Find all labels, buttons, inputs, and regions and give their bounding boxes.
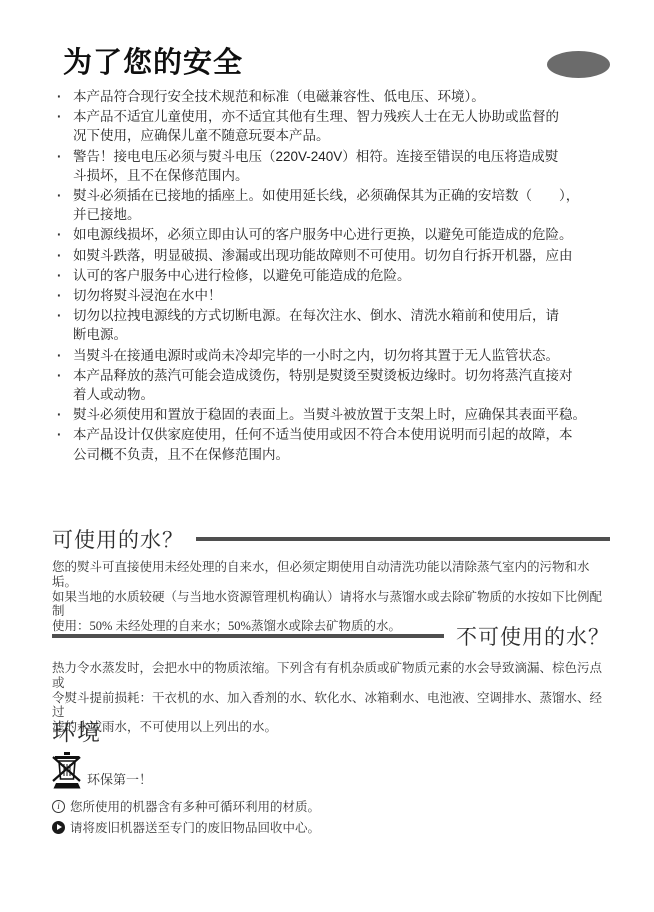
bullet-icon: · (55, 107, 73, 145)
safety-line: 斗损坏，且不在保修范围内。 (73, 166, 613, 185)
environment-note: i 您所使用的机器含有多种可循环利用的材质。 (52, 797, 610, 815)
note-text: 请将废旧机器送至专门的废旧物品回收中心。 (70, 818, 320, 836)
page-title: 为了您的安全 (63, 40, 243, 81)
bullet-icon: · (55, 405, 73, 424)
safety-line: 如熨斗跌落，明显破损、渗漏或出现功能故障则不可使用。切勿自行拆开机器，应由 (73, 246, 613, 265)
bullet-icon: · (55, 306, 73, 344)
safety-line: 当熨斗在接通电源时或尚未冷却完毕的一小时之内，切勿将其置于无人监管状态。 (73, 346, 613, 365)
safety-line: 切勿以拉拽电源线的方式切断电源。在每次注水、倒水、清洗水箱前和使用后，请 (73, 306, 613, 325)
safety-item: · 本产品设计仅供家庭使用，任何不适当使用或因不符合本使用说明而引起的故障，本 … (55, 425, 613, 463)
body-line: 如果当地的水质较硬（与当地水资源管理机构确认）请将水与蒸馏水或去除矿物质的水按如… (52, 590, 610, 620)
bullet-icon: · (55, 186, 73, 224)
safety-line: 如电源线损坏，必须立即由认可的客户服务中心进行更换，以避免可能造成的危险。 (73, 225, 613, 244)
safety-line: 断电源。 (73, 325, 613, 344)
safety-item: · 熨斗必须插在已接地的插座上。如使用延长线，必须确保其为正确的安培数（ ）， … (55, 186, 613, 224)
safety-item: · 本产品释放的蒸汽可能会造成烫伤，特别是熨烫至熨烫板边缘时。切勿将蒸汽直接对 … (55, 366, 613, 404)
safety-line: 熨斗必须插在已接地的插座上。如使用延长线，必须确保其为正确的安培数（ ）， (73, 186, 613, 205)
safety-line: 本产品符合现行安全技术规范和标准（电磁兼容性、低电压、环境）。 (73, 87, 613, 106)
eco-first-label: 环保第一！ (87, 769, 152, 790)
usable-water-section: 可使用的水？ 您的熨斗可直接使用未经处理的自来水，但必须定期使用自动清洗功能以清… (52, 524, 610, 634)
bullet-icon: · (55, 425, 73, 463)
recycle-arrow-icon (52, 821, 65, 834)
usable-water-heading-row: 可使用的水？ (52, 524, 610, 554)
usable-water-title: 可使用的水？ (52, 524, 184, 554)
bullet-icon: · (55, 266, 73, 285)
bullet-icon: · (55, 366, 73, 404)
safety-line: 熨斗必须使用和置放于稳固的表面上。当熨斗被放置于支架上时，应确保其表面平稳。 (73, 405, 613, 424)
safety-line: 况下使用，应确保儿童不随意玩耍本产品。 (73, 126, 613, 145)
safety-item: · 切勿以拉拽电源线的方式切断电源。在每次注水、倒水、清洗水箱前和使用后，请 断… (55, 306, 613, 344)
safety-item: · 警告！接电电压必须与熨斗电压（220V-240V）相符。连接至错误的电压将造… (55, 147, 613, 185)
safety-item: · 认可的客户服务中心进行检修，以避免可能造成的危险。 (55, 266, 613, 285)
safety-line: 并已接地。 (73, 205, 613, 224)
safety-line: 切勿将熨斗浸泡在水中！ (73, 286, 613, 305)
body-line: 热力令水蒸发时，会把水中的物质浓缩。下列含有有机杂质或矿物质元素的水会导致滴漏、… (52, 661, 610, 691)
safety-instructions-list: · 本产品符合现行安全技术规范和标准（电磁兼容性、低电压、环境）。 · 本产品不… (55, 87, 613, 465)
safety-line: 认可的客户服务中心进行检修，以避免可能造成的危险。 (73, 266, 613, 285)
environment-title: 环境 (52, 714, 610, 747)
safety-line: 警告！接电电压必须与熨斗电压（220V-240V）相符。连接至错误的电压将造成熨 (73, 147, 613, 166)
bullet-icon: · (55, 87, 73, 106)
weee-crossed-bin-icon (52, 752, 82, 790)
bullet-icon: · (55, 246, 73, 265)
safety-item: · 熨斗必须使用和置放于稳固的表面上。当熨斗被放置于支架上时，应确保其表面平稳。 (55, 405, 613, 424)
note-text: 您所使用的机器含有多种可循环利用的材质。 (70, 797, 320, 815)
safety-line: 公司概不负责，且不在保修范围内。 (73, 445, 613, 464)
divider-rule (52, 634, 444, 638)
environment-notes: i 您所使用的机器含有多种可循环利用的材质。 请将废旧机器送至专门的废旧物品回收… (52, 797, 610, 836)
gray-oval-decoration (547, 51, 610, 78)
unusable-water-heading-row: 不可使用的水？ (52, 621, 610, 651)
safety-item: · 如电源线损坏，必须立即由认可的客户服务中心进行更换，以避免可能造成的危险。 (55, 225, 613, 244)
unusable-water-title: 不可使用的水？ (456, 621, 610, 651)
safety-item: · 切勿将熨斗浸泡在水中！ (55, 286, 613, 305)
environment-section: 环境 环保第一！ i 您所使用的机器含有多种可循环利用的材质。 (52, 714, 610, 839)
safety-line: 本产品不适宜儿童使用，亦不适宜其他有生理、智力残疾人士在无人协助或监督的 (73, 107, 613, 126)
safety-line: 本产品设计仅供家庭使用，任何不适当使用或因不符合本使用说明而引起的故障，本 (73, 425, 613, 444)
safety-line: 着人或动物。 (73, 385, 613, 404)
body-line: 您的熨斗可直接使用未经处理的自来水，但必须定期使用自动清洗功能以清除蒸气室内的污… (52, 560, 610, 590)
safety-item: · 本产品不适宜儿童使用，亦不适宜其他有生理、智力残疾人士在无人协助或监督的 况… (55, 107, 613, 145)
eco-row: 环保第一！ (52, 752, 610, 790)
environment-note: 请将废旧机器送至专门的废旧物品回收中心。 (52, 818, 610, 836)
safety-item: · 当熨斗在接通电源时或尚未冷却完毕的一小时之内，切勿将其置于无人监管状态。 (55, 346, 613, 365)
bullet-icon: · (55, 225, 73, 244)
safety-line: 本产品释放的蒸汽可能会造成烫伤，特别是熨烫至熨烫板边缘时。切勿将蒸汽直接对 (73, 366, 613, 385)
safety-item: · 本产品符合现行安全技术规范和标准（电磁兼容性、低电压、环境）。 (55, 87, 613, 106)
bullet-icon: · (55, 346, 73, 365)
divider-rule (196, 537, 610, 541)
bullet-icon: · (55, 147, 73, 185)
manual-page: 为了您的安全 · 本产品符合现行安全技术规范和标准（电磁兼容性、低电压、环境）。… (0, 0, 654, 912)
info-circle-icon: i (52, 800, 65, 813)
bullet-icon: · (55, 286, 73, 305)
safety-item: · 如熨斗跌落，明显破损、渗漏或出现功能故障则不可使用。切勿自行拆开机器，应由 (55, 246, 613, 265)
